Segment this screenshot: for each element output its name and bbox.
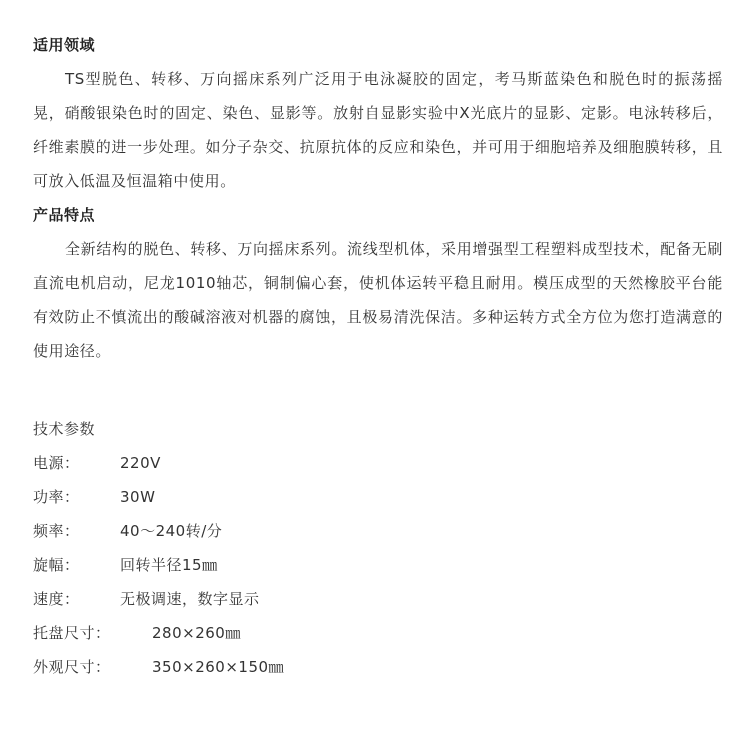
spec-label: 功率： [33, 480, 80, 514]
spec-row-tray-size: 托盘尺寸： 280×260㎜ [33, 616, 723, 650]
spec-row-power-supply: 电源： 220V [33, 446, 723, 480]
spec-value: 350×260×150㎜ [152, 650, 284, 684]
spec-value: 无极调速，数字显示 [120, 582, 260, 616]
spec-value: 回转半径15㎜ [120, 548, 218, 582]
specs-title: 技术参数 [33, 412, 723, 446]
spec-row-amplitude: 旋幅： 回转半径15㎜ [33, 548, 723, 582]
features-paragraph: 全新结构的脱色、转移、万向摇床系列。流线型机体，采用增强型工程塑料成型技术，配备… [33, 232, 723, 368]
spec-label: 速度： [33, 582, 80, 616]
spec-value: 280×260㎜ [152, 616, 241, 650]
spec-row-frequency: 频率： 40～240转/分 [33, 514, 723, 548]
section-heading-features: 产品特点 [33, 198, 723, 232]
spec-label: 旋幅： [33, 548, 80, 582]
spec-row-power: 功率： 30W [33, 480, 723, 514]
spec-label: 频率： [33, 514, 80, 548]
spacer [33, 368, 723, 408]
applications-paragraph: TS型脱色、转移、万向摇床系列广泛用于电泳凝胶的固定，考马斯蓝染色和脱色时的振荡… [33, 62, 723, 198]
spec-label: 外观尺寸： [33, 650, 111, 684]
section-heading-applications: 适用领域 [33, 28, 723, 62]
spec-row-speed: 速度： 无极调速，数字显示 [33, 582, 723, 616]
spec-row-dimensions: 外观尺寸： 350×260×150㎜ [33, 650, 723, 684]
spec-value: 220V [120, 446, 161, 480]
spec-value: 40～240转/分 [120, 514, 222, 548]
spec-label: 电源： [33, 446, 80, 480]
spec-label: 托盘尺寸： [33, 616, 111, 650]
product-document: 适用领域 TS型脱色、转移、万向摇床系列广泛用于电泳凝胶的固定，考马斯蓝染色和脱… [33, 28, 723, 684]
spec-value: 30W [120, 480, 155, 514]
